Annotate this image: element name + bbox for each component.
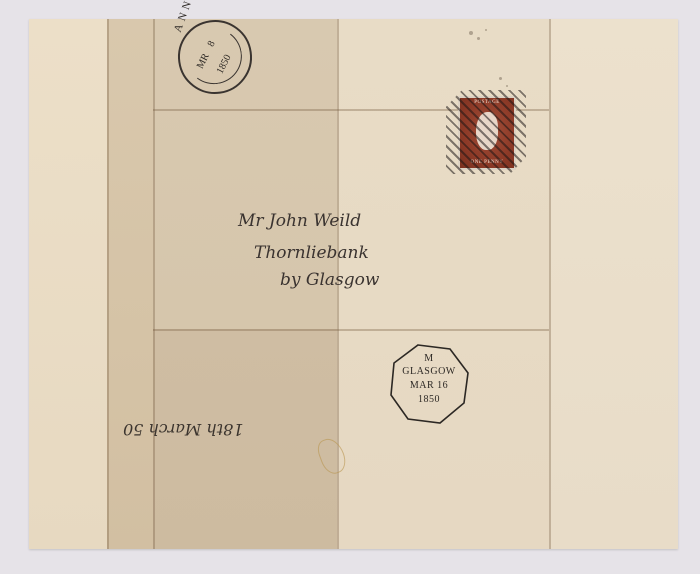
penny-red-stamp: POSTAGE ONE PENNY [458,96,516,170]
fold-line [153,19,155,549]
left-flap-panel [29,19,107,549]
docket-note: 18th March 50 [123,420,243,439]
left-inner-panel [107,19,153,549]
glasgow-postmark: M GLASGOW MAR 16 1850 [388,343,470,425]
fold-line [107,19,109,549]
address-line-city: by Glasgow [280,270,379,290]
foxing-spot [485,29,487,31]
postmark-code: M [388,353,470,364]
postmark-date: MAR 16 [388,380,470,391]
postmark-town: GLASGOW [388,366,470,377]
fold-line [153,329,549,331]
barred-cancellation [446,90,526,174]
center-bottom-panel [153,329,337,549]
foxing-spot [506,85,508,87]
fold-line [549,19,551,549]
postmark-inner-ring [182,25,245,88]
foxing-spot [477,37,480,40]
address-line-name: Mr John Weild [238,211,361,231]
postmark-year: 1850 [388,394,470,405]
right-flap-panel [549,19,678,549]
foxing-spot [469,31,473,35]
foxing-spot [499,77,502,80]
address-line-place: Thornliebank [254,243,369,263]
